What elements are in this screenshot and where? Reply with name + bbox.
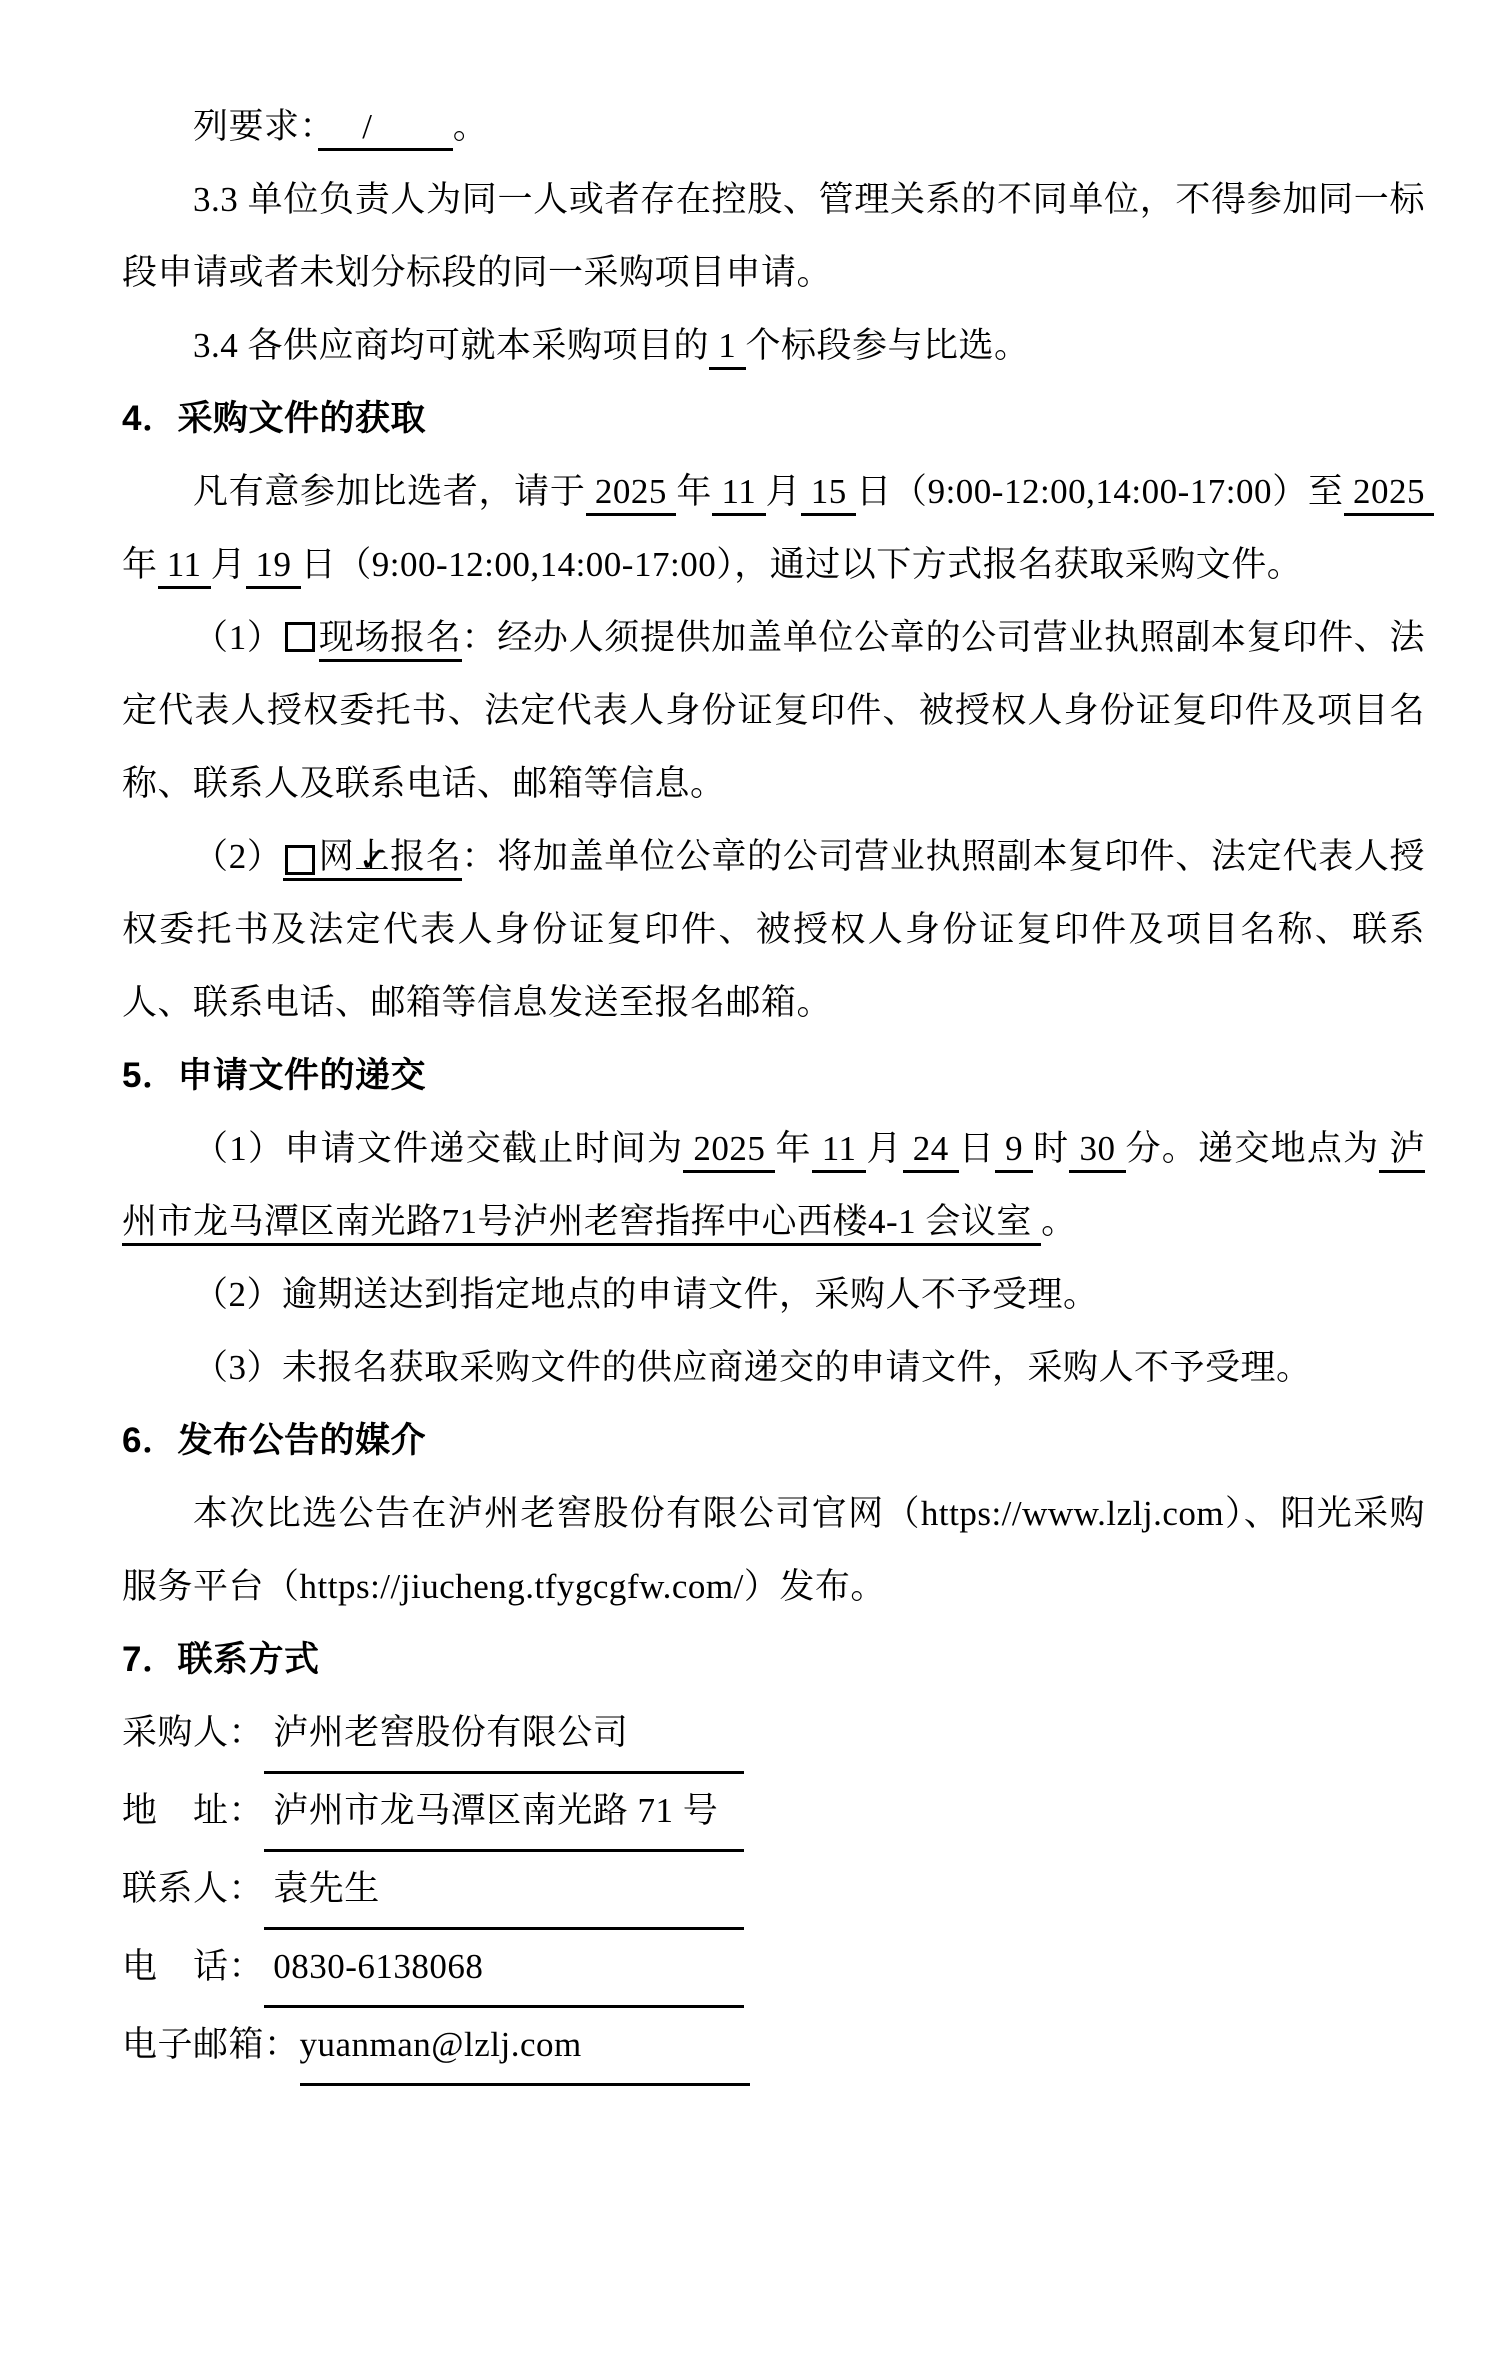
text-run: 月 bbox=[766, 472, 802, 511]
text-run: 。 bbox=[453, 107, 489, 146]
clause-3-4: 3.4 各供应商均可就本采购项目的 1 个标段参与比选。 bbox=[122, 309, 1425, 382]
text-run: 5．申请文件的递交 bbox=[122, 1056, 426, 1095]
underline-blank: 15 bbox=[801, 472, 856, 516]
underline-blank: 现场报名 bbox=[319, 618, 462, 662]
text-run: 年 bbox=[775, 1129, 811, 1168]
text-run: 本次比选公告在泸州老窖股份有限公司官网（https://www.lzlj.com… bbox=[122, 1494, 1425, 1606]
section-5-item-2: （2）逾期送达到指定地点的申请文件，采购人不予受理。 bbox=[122, 1258, 1425, 1331]
underline-blank: 0830-6138068 bbox=[264, 1930, 744, 2008]
text-run: 。 bbox=[1041, 1202, 1077, 1241]
option-2-online-registration: （2）✓网上报名：将加盖单位公章的公司营业执照副本复印件、法定代表人授权委托书及… bbox=[122, 820, 1425, 1039]
contact-phone: 电 话： 0830-6138068 bbox=[122, 1930, 1425, 2008]
underline-blank: 袁先生 bbox=[264, 1852, 744, 1930]
section-4-body: 凡有意参加比选者，请于 2025 年 11 月 15 日（9:00-12:00,… bbox=[122, 455, 1425, 601]
clause-3-3: 3.3 单位负责人为同一人或者存在控股、管理关系的不同单位，不得参加同一标段申请… bbox=[122, 163, 1425, 309]
contact-email: 电子邮箱：yuanman@lzlj.com bbox=[122, 2008, 1425, 2086]
document-body: 列要求： / 。3.3 单位负责人为同一人或者存在控股、管理关系的不同单位，不得… bbox=[122, 90, 1425, 2086]
underline-blank: 19 bbox=[246, 545, 301, 589]
text-run: 时 bbox=[1033, 1129, 1069, 1168]
underline-blank: 2025 bbox=[586, 472, 677, 516]
underline-blank: 24 bbox=[903, 1129, 959, 1173]
underline-blank: 11 bbox=[712, 472, 766, 516]
checkbox-unchecked-icon bbox=[285, 622, 315, 652]
underline-blank: 11 bbox=[158, 545, 211, 589]
text-run: 4．采购文件的获取 bbox=[122, 399, 426, 438]
underline-blank: yuanman@lzlj.com bbox=[300, 2008, 750, 2086]
text-run: 3.3 单位负责人为同一人或者存在控股、管理关系的不同单位，不得参加同一标段申请… bbox=[122, 180, 1425, 292]
text-run: 列要求： bbox=[193, 107, 318, 146]
text-run: 日 bbox=[959, 1129, 995, 1168]
section-6-body: 本次比选公告在泸州老窖股份有限公司官网（https://www.lzlj.com… bbox=[122, 1477, 1425, 1623]
text-run: （1） bbox=[193, 618, 283, 657]
section-4-heading: 4．采购文件的获取 bbox=[122, 382, 1425, 455]
checkbox-wrapper: ✓ bbox=[283, 837, 319, 881]
underline-blank: 1 bbox=[709, 326, 746, 370]
text-run: 7．联系方式 bbox=[122, 1640, 319, 1679]
text-run: 个标段参与比选。 bbox=[746, 326, 1030, 365]
underline-blank: 泸州市龙马潭区南光路 71 号 bbox=[264, 1774, 744, 1852]
text-run: 地 址： bbox=[122, 1791, 264, 1830]
text-run: （1）申请文件递交截止时间为 bbox=[193, 1129, 683, 1168]
section-6-heading: 6．发布公告的媒介 bbox=[122, 1404, 1425, 1477]
text-run: 日（9:00-12:00,14:00-17:00），通过以下方式报名获取采购文件… bbox=[301, 545, 1302, 584]
text-run: 联系人： bbox=[122, 1869, 264, 1908]
text-run: 年 bbox=[122, 545, 158, 584]
underline-blank: 9 bbox=[995, 1129, 1033, 1173]
underline-blank: 30 bbox=[1069, 1129, 1125, 1173]
text-run: （3）未报名获取采购文件的供应商递交的申请文件，采购人不予受理。 bbox=[193, 1348, 1312, 1387]
contact-address: 地 址： 泸州市龙马潭区南光路 71 号 bbox=[122, 1774, 1425, 1852]
checkbox-checked-icon: ✓ bbox=[285, 845, 315, 875]
text-run: 3.4 各供应商均可就本采购项目的 bbox=[193, 326, 709, 365]
text-run: 电 话： bbox=[122, 1947, 264, 1986]
section-5-item-3: （3）未报名获取采购文件的供应商递交的申请文件，采购人不予受理。 bbox=[122, 1331, 1425, 1404]
document-page: 列要求： / 。3.3 单位负责人为同一人或者存在控股、管理关系的不同单位，不得… bbox=[0, 0, 1500, 2376]
contact-purchaser: 采购人： 泸州老窖股份有限公司 bbox=[122, 1696, 1425, 1774]
underline-blank: / bbox=[318, 107, 453, 151]
text-run: 电子邮箱： bbox=[122, 2025, 300, 2064]
text-run: （2）逾期送达到指定地点的申请文件，采购人不予受理。 bbox=[193, 1275, 1099, 1314]
contact-person: 联系人： 袁先生 bbox=[122, 1852, 1425, 1930]
text-run: 日（9:00-12:00,14:00-17:00）至 bbox=[856, 472, 1343, 511]
section-5-item-1: （1）申请文件递交截止时间为 2025 年 11 月 24 日 9 时 30 分… bbox=[122, 1112, 1425, 1258]
text-run: 月 bbox=[866, 1129, 902, 1168]
text-run: 凡有意参加比选者，请于 bbox=[193, 472, 586, 511]
text-run: 分。递交地点为 bbox=[1126, 1129, 1380, 1168]
checkbox-wrapper bbox=[283, 618, 319, 657]
text-run: （2） bbox=[193, 837, 283, 876]
text-run: 年 bbox=[676, 472, 712, 511]
option-1-onsite-registration: （1）现场报名：经办人须提供加盖单位公章的公司营业执照副本复印件、法定代表人授权… bbox=[122, 601, 1425, 820]
underline-blank: 2025 bbox=[683, 1129, 775, 1173]
text-run: 采购人： bbox=[122, 1713, 264, 1752]
underline-blank: 网上报名 bbox=[319, 837, 462, 881]
underline-blank: 11 bbox=[812, 1129, 867, 1173]
text-run: 6．发布公告的媒介 bbox=[122, 1421, 426, 1460]
section-7-heading: 7．联系方式 bbox=[122, 1623, 1425, 1696]
underline-blank: 2025 bbox=[1344, 472, 1435, 516]
section-5-heading: 5．申请文件的递交 bbox=[122, 1039, 1425, 1112]
text-run: 月 bbox=[211, 545, 247, 584]
underline-blank: 泸州老窖股份有限公司 bbox=[264, 1696, 744, 1774]
clause-continuation-line: 列要求： / 。 bbox=[122, 90, 1425, 163]
